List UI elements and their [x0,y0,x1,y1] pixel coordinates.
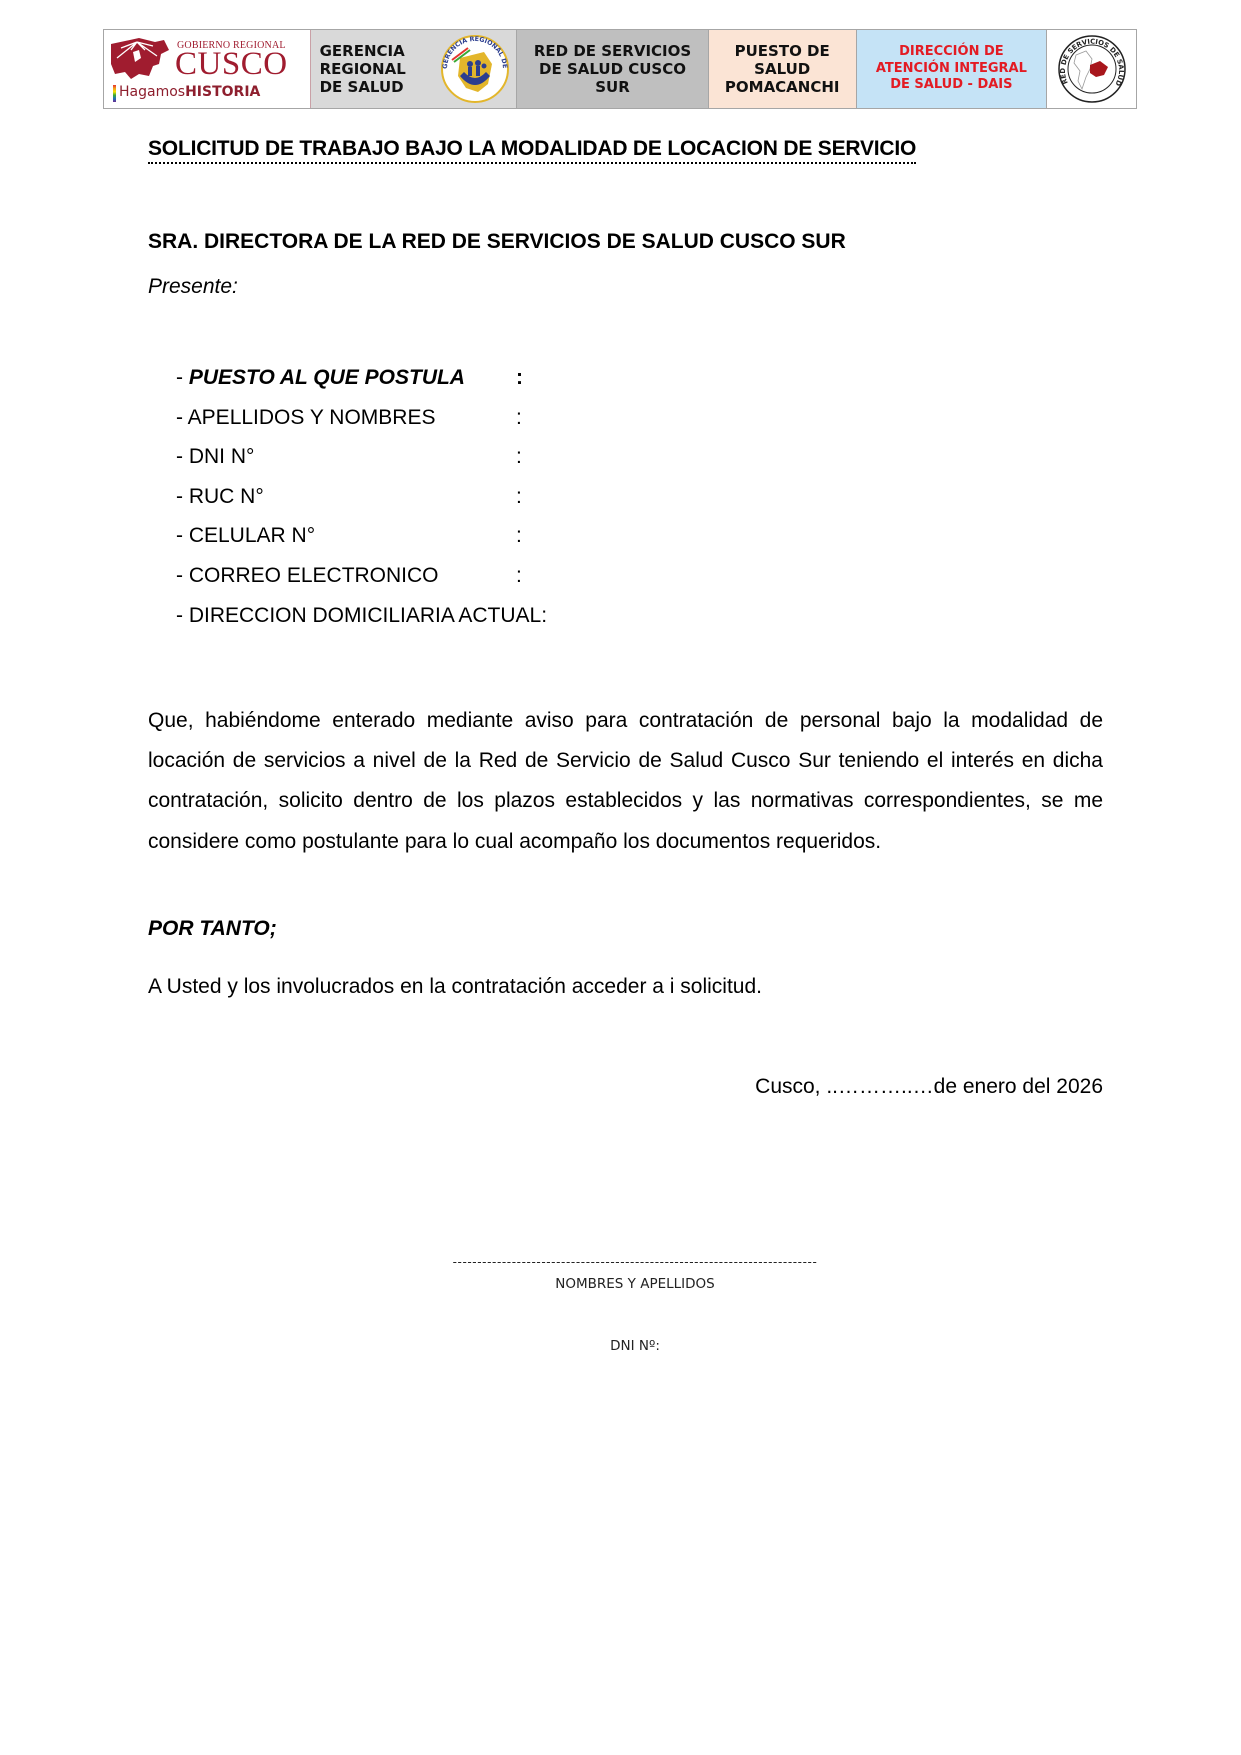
field-ruc: - RUC N° : [176,484,676,524]
red-cusco-sur-seal-cell: RED DE SERVICIOS DE SALUD CUSCO SUR [1047,30,1136,108]
gerencia-regional-cell: GERENCIA REGIONAL DE SALUD [311,30,434,108]
direccion-dais-cell: DIRECCIÓN DE ATENCIÓN INTEGRAL DE SALUD … [857,30,1048,108]
por-tanto: POR TANTO; [148,917,277,941]
gerencia-seal-cell: GERENCIA REGIONAL DE SALUD CUSCO [433,30,517,108]
rainbow-bar-icon [113,85,116,102]
field-label: DNI N° [189,445,255,468]
field-celular: - CELULAR N° : [176,523,676,563]
field-correo: - CORREO ELECTRONICO : [176,563,676,603]
signature-name-label: NOMBRES Y APELLIDOS [400,1276,870,1292]
field-label: CORREO ELECTRONICO [189,564,439,587]
field-colon: : [516,444,522,470]
signature-line: ----------------------------------------… [400,1255,870,1269]
document-title: SOLICITUD DE TRABAJO BAJO LA MODALIDAD D… [148,137,916,164]
body-paragraph: Que, habiéndome enterado mediante aviso … [148,701,1103,862]
field-colon: : [516,365,523,391]
logo-tagline: HagamosHISTORIA [119,84,260,100]
applicant-fields: - PUESTO AL QUE POSTULA : - APELLIDOS Y … [176,365,676,642]
logo-line2: CUSCO [175,48,288,81]
field-label: APELLIDOS Y NOMBRES [188,406,436,429]
field-colon: : [516,563,522,589]
field-colon: : [516,405,522,431]
field-label: PUESTO AL QUE POSTULA [189,366,465,389]
signature-dni-label: DNI Nº: [400,1338,870,1354]
field-label: RUC N° [189,485,264,508]
gobierno-regional-cusco-logo: GOBIERNO REGIONAL CUSCO HagamosHISTORIA [104,30,311,108]
addressee: SRA. DIRECTORA DE LA RED DE SERVICIOS DE… [148,230,846,254]
field-direccion: - DIRECCION DOMICILIARIA ACTUAL: [176,603,676,643]
field-colon: : [516,484,522,510]
field-colon: : [516,523,522,549]
field-dni: - DNI N° : [176,444,676,484]
field-label: CELULAR N° [189,524,315,547]
salutation: Presente: [148,275,238,299]
gerencia-regional-seal-icon: GERENCIA REGIONAL DE SALUD CUSCO [438,32,512,106]
date-line: Cusco, ..………..…de enero del 2026 [755,1075,1103,1099]
puesto-salud-cell: PUESTO DE SALUD POMACANCHI [709,30,857,108]
red-cusco-sur-seal-icon: RED DE SERVICIOS DE SALUD CUSCO SUR [1056,33,1128,105]
field-puesto: - PUESTO AL QUE POSTULA : [176,365,676,405]
field-label: DIRECCION DOMICILIARIA ACTUAL: [189,604,547,627]
institutional-header: GOBIERNO REGIONAL CUSCO HagamosHISTORIA … [103,29,1137,109]
red-servicios-cell: RED DE SERVICIOS DE SALUD CUSCO SUR [517,30,709,108]
closing-request: A Usted y los involucrados en la contrat… [148,975,762,999]
field-apellidos-nombres: - APELLIDOS Y NOMBRES : [176,405,676,445]
cusco-map-emblem-icon [109,36,179,81]
